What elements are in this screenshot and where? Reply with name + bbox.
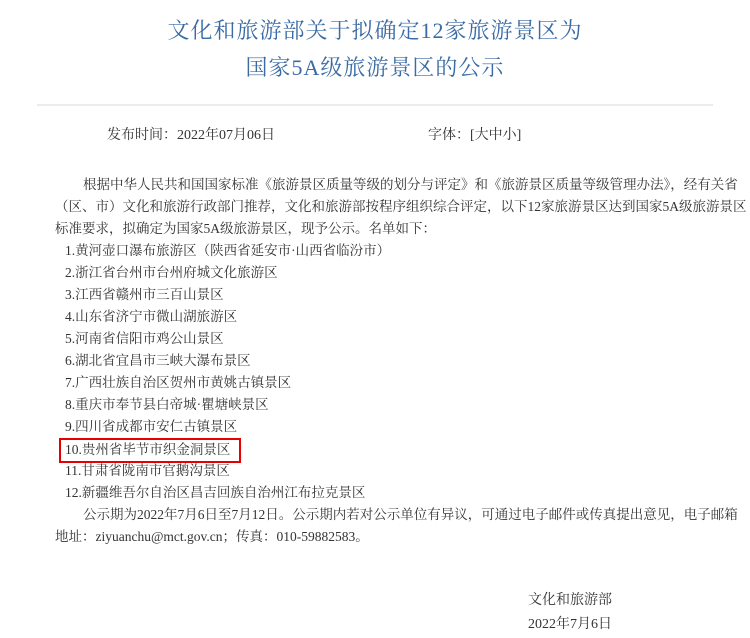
list-item-3: 3.江西省赣州市三百山景区 [65,284,730,306]
signature-date: 2022年7月6日 [528,613,612,637]
list-item-11: 11.甘肃省陇南市官鹅沟景区 [65,460,730,482]
list-item-12: 12.新疆维吾尔自治区昌吉回族自治州江布拉克景区 [65,482,730,504]
list-item-10: 10.贵州省毕节市织金洞景区 [65,438,730,460]
closing-line-1: 公示期为2022年7月6日至7月12日。公示期内若对公示单位有异议，可通过电子邮… [55,504,730,526]
page-title-line-2: 国家5A级旅游景区的公示 [0,49,750,86]
page-title-line-1: 文化和旅游部关于拟确定12家旅游景区为 [0,12,750,49]
list-item-9: 9.四川省成都市安仁古镇景区 [65,416,730,438]
closing-line-2: 地址：ziyuanchu@mct.gov.cn；传真：010-59882583。 [55,526,730,548]
font-size-selector[interactable]: [大中小] [470,128,521,143]
list-item-2: 2.浙江省台州市台州府城文化旅游区 [65,262,730,284]
document-body: 根据中华人民共和国国家标准《旅游景区质量等级的划分与评定》和《旅游景区质量等级管… [55,174,730,548]
list-item-5: 5.河南省信阳市鸡公山景区 [65,328,730,350]
list-item-10-text: 10.贵州省毕节市织金洞景区 [65,442,230,457]
list-item-1: 1.黄河壶口瀑布旅游区（陕西省延安市·山西省临汾市） [65,240,730,262]
list-item-8: 8.重庆市奉节县白帝城·瞿塘峡景区 [65,394,730,416]
font-size-label: 字体： [428,128,470,143]
signature-org: 文化和旅游部 [528,589,612,613]
list-item-4: 4.山东省济宁市微山湖旅游区 [65,306,730,328]
publish-time-value: 2022年07月06日 [177,128,275,143]
intro-line-1: 根据中华人民共和国国家标准《旅游景区质量等级的划分与评定》和《旅游景区质量等级管… [55,174,730,196]
font-size-control: 字体：[大中小] [428,124,521,144]
publish-time-label: 发布时间： [107,128,177,143]
signature-block: 文化和旅游部 2022年7月6日 [528,589,612,637]
list-item-6: 6.湖北省宜昌市三峡大瀑布景区 [65,350,730,372]
page-title: 文化和旅游部关于拟确定12家旅游景区为 国家5A级旅游景区的公示 [0,12,750,86]
intro-line-3: 标准要求，拟确定为国家5A级旅游景区，现予公示。名单如下： [55,218,730,240]
list-item-7: 7.广西壮族自治区贺州市黄姚古镇景区 [65,372,730,394]
intro-line-2: （区、市）文化和旅游行政部门推荐，文化和旅游部按程序组织综合评定，以下12家旅游… [55,196,730,218]
publish-time: 发布时间：2022年07月06日 [107,124,275,144]
meta-row: 发布时间：2022年07月06日 字体：[大中小] [0,124,750,142]
title-divider [37,104,713,106]
